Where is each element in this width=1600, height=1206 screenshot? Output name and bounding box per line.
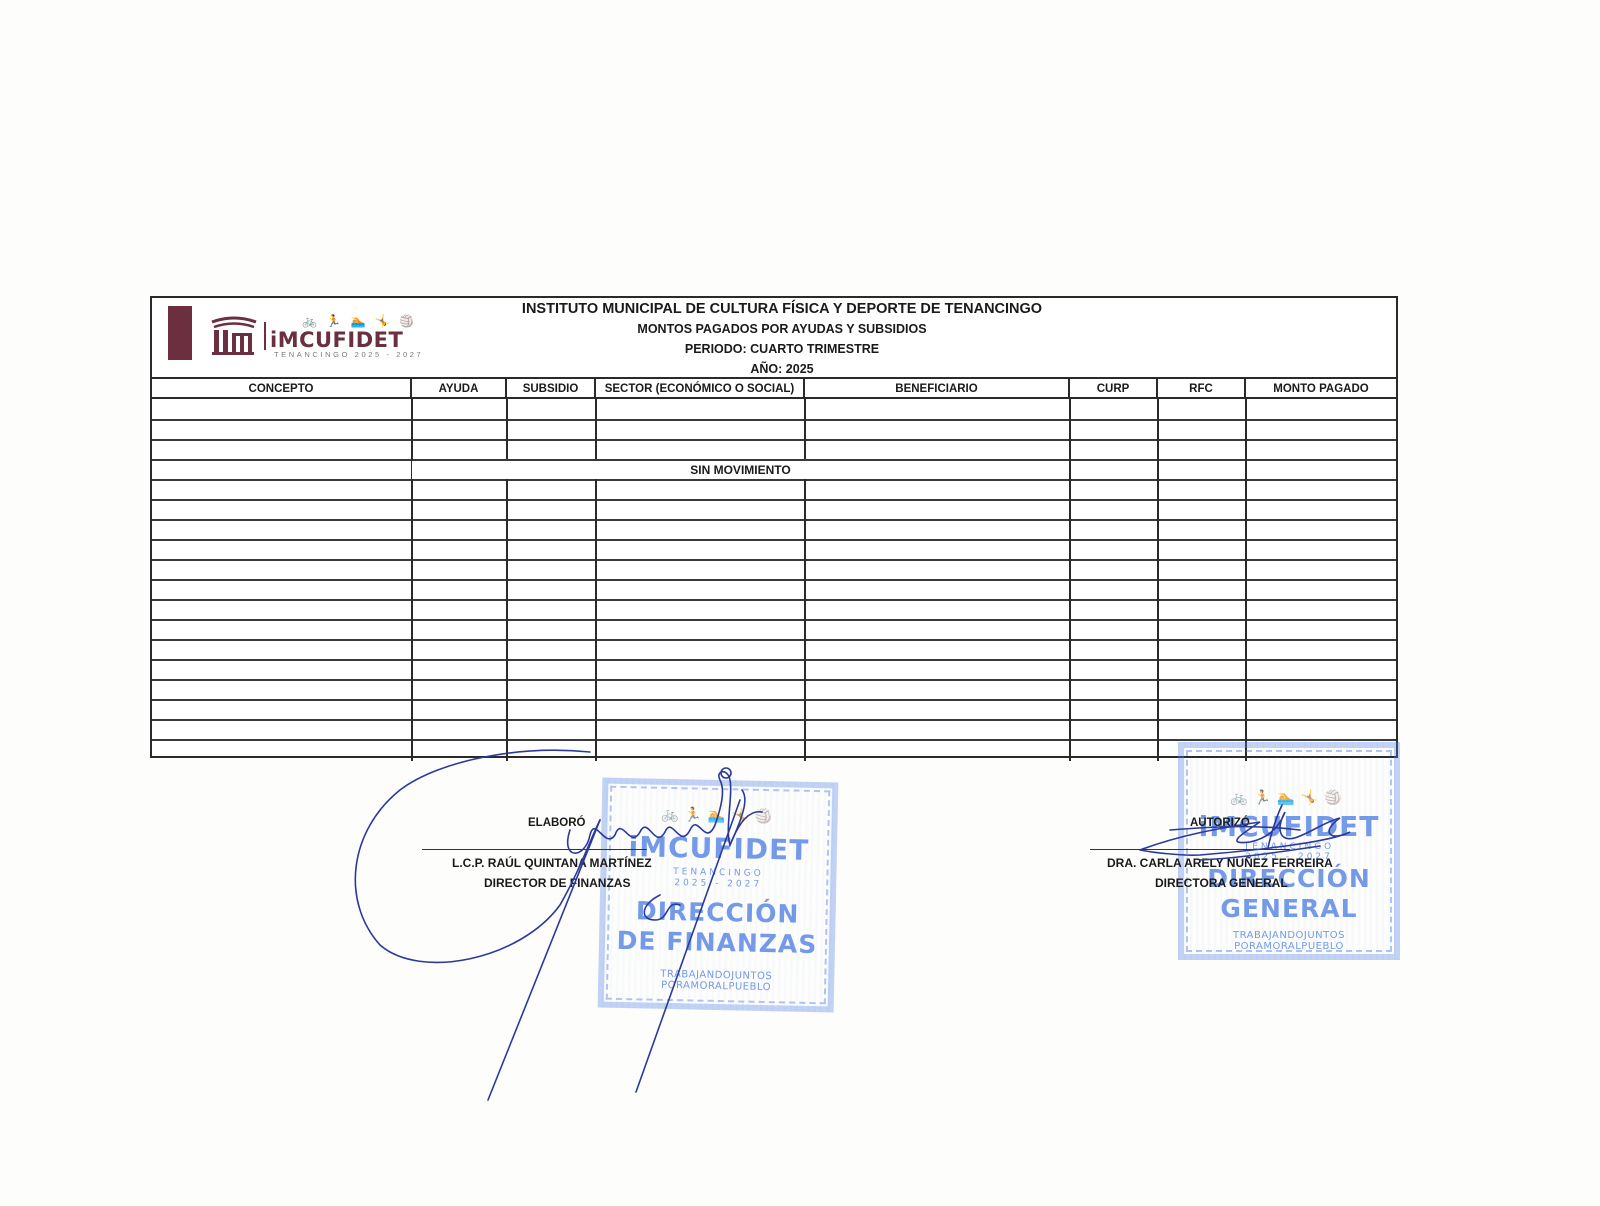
row-divider [152,739,1396,741]
row-divider [152,479,1396,481]
signature-label: AUTORIZÓ [1190,817,1250,829]
stamp-city: TENANCINGO [1184,842,1394,852]
logo-wordmark: iMCUFIDET [270,328,403,352]
logo-subline: TENANCINGO 2025 - 2027 [274,350,423,359]
report-header: 🚲 🏃 🏊 🤸 🏐 iMCUFIDET TENANCINGO 2025 - 20… [152,298,1396,379]
swimming-icon: 🏊 [351,314,369,328]
row-divider [152,639,1396,641]
row-divider [152,599,1396,601]
tm-logo-icon [210,316,258,356]
row-divider [152,499,1396,501]
running-icon: 🏃 [326,314,344,328]
row-divider [152,439,1396,441]
row-divider [152,419,1396,421]
signature-line [422,849,647,850]
institution-name: INSTITUTO MUNICIPAL DE CULTURA FÍSICA Y … [482,300,1082,319]
report-table-frame: 🚲 🏃 🏊 🤸 🏐 iMCUFIDET TENANCINGO 2025 - 20… [150,296,1398,758]
column-divider [411,399,413,761]
signer-role: DIRECTOR DE FINANZAS [484,876,630,890]
stamp-sport-icons: 🚲🏃🏊🤸🏐 [608,806,832,827]
row-divider [152,619,1396,621]
row-divider [152,579,1396,581]
no-movement-notice: SIN MOVIMIENTO [412,461,1069,479]
column-divider [506,479,508,761]
cycling-icon: 🚲 [302,314,320,328]
column-header-subsidio: SUBSIDIO [507,379,596,399]
row-divider [152,679,1396,681]
report-title-block: INSTITUTO MUNICIPAL DE CULTURA FÍSICA Y … [482,300,1082,378]
volleyball-icon: 🏐 [399,314,417,328]
column-divider [506,399,508,459]
column-header-ayuda: AYUDA [412,379,507,399]
stamp-dept-line1: DIRECCIÓN [605,896,830,931]
column-divider [1069,399,1071,761]
stamp-sport-icons: 🚲🏃🏊🤸🏐 [1184,790,1394,806]
row-divider [152,719,1396,721]
athletics-icon: 🤸 [375,314,393,328]
row-divider [152,659,1396,661]
stamp-motto-line2: PORAMORALPUEBLO [1184,941,1394,952]
row-divider [152,519,1396,521]
column-divider [804,399,806,459]
signer-name: DRA. CARLA ARELY NUÑEZ FERREIRA [1107,856,1333,870]
scanned-document-page: 🚲 🏃 🏊 🤸 🏐 iMCUFIDET TENANCINGO 2025 - 20… [0,0,1600,1206]
column-header-rfc: RFC [1158,379,1246,399]
stamp-motto-line1: TRABAJANDOJUNTOS [1184,930,1394,941]
column-divider [595,479,597,761]
column-header-curp: CURP [1070,379,1158,399]
stamp-direccion-general: 🚲🏃🏊🤸🏐 iMCUFIDET TENANCINGO 2025 - 2027 D… [1178,742,1400,960]
signer-name: L.C.P. RAÚL QUINTANA MARTÍNEZ [452,856,652,870]
column-header-monto-pagado: MONTO PAGADO [1246,379,1396,399]
signature-line [1090,849,1290,850]
logo-accent-bar [168,306,192,360]
report-title: MONTOS PAGADOS POR AYUDAS Y SUBSIDIOS [482,319,1082,339]
signature-label: ELABORÓ [528,817,586,829]
column-divider [595,399,597,459]
column-header-concepto: CONCEPTO [152,379,412,399]
stamp-dept-line2: GENERAL [1184,894,1394,924]
column-divider [1245,399,1247,761]
report-year: AÑO: 2025 [482,360,1082,378]
logo-separator [264,322,266,350]
column-divider [1157,399,1159,761]
signer-role: DIRECTORA GENERAL [1155,876,1288,890]
stamp-dept-line2: DE FINANZAS [605,926,830,961]
stamp-direccion-finanzas: 🚲🏃🏊🤸🏐 iMCUFIDET TENANCINGO 2025 - 2027 D… [598,778,839,1013]
row-divider [152,559,1396,561]
column-header-sector: SECTOR (ECONÓMICO O SOCIAL) [596,379,805,399]
report-period: PERIODO: CUARTO TRIMESTRE [482,339,1082,360]
column-divider [804,479,806,761]
row-divider [152,539,1396,541]
column-header-beneficiario: BENEFICIARIO [805,379,1070,399]
row-divider [152,699,1396,701]
column-header-row: CONCEPTOAYUDASUBSIDIOSECTOR (ECONÓMICO O… [152,379,1396,399]
